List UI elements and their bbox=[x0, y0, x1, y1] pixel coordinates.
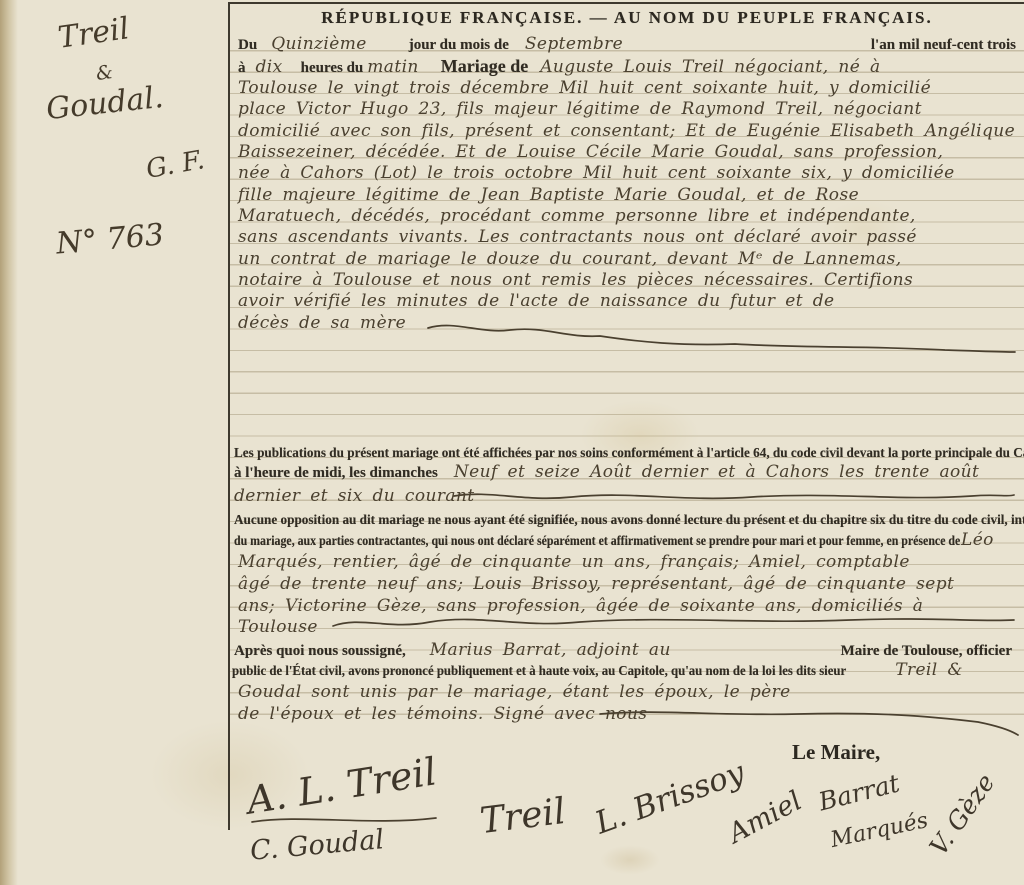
du-label: Du bbox=[238, 37, 257, 54]
publications-printed-line: à l'heure de midi, les dimanches bbox=[234, 465, 438, 482]
margin-bride-name: Goudal. bbox=[44, 80, 165, 127]
page-binding-edge bbox=[0, 0, 18, 885]
mayor-label: Le Maire, bbox=[792, 740, 880, 765]
margin-ampersand: & bbox=[95, 61, 115, 85]
closing-officiant-handwritten: Marius Barrat, adjoint au bbox=[430, 640, 671, 660]
closing-printed: Après quoi nous soussigné, bbox=[234, 643, 406, 660]
hour-handwritten: dix bbox=[256, 57, 283, 77]
month-label: jour du mois de bbox=[409, 37, 509, 54]
ink-flourish bbox=[330, 612, 1018, 634]
daypart-handwritten: matin bbox=[367, 57, 418, 77]
opposition-handwritten-line: âgé de trente neuf ans; Louis Brissoy, r… bbox=[238, 574, 1016, 594]
signature-officiant-barrat: Barrat bbox=[816, 768, 903, 816]
opposition-handwritten: Léo bbox=[961, 530, 994, 550]
mariage-de-label: Mariage de bbox=[441, 56, 528, 77]
closing-printed: public de l'État civil, avons prononcé p… bbox=[232, 663, 846, 679]
groom-intro-handwritten: Auguste Louis Treil négociant, né à bbox=[540, 57, 880, 77]
ink-flourish bbox=[452, 488, 1018, 504]
document-title: RÉPUBLIQUE FRANÇAISE. — AU NOM DU PEUPLE… bbox=[230, 8, 1024, 28]
act-body-line: place Victor Hugo 23, fils majeur légiti… bbox=[238, 99, 1016, 119]
margin-clerk-initials: G. F. bbox=[144, 145, 207, 185]
signature-witness-geze: V. Gèze bbox=[924, 768, 1001, 860]
closing-handwritten-line: Goudal sont unis par le mariage, étant l… bbox=[238, 682, 1016, 702]
marriage-certificate-page: Treil & Goudal. G. F. N° 763 RÉPUBLIQUE … bbox=[0, 0, 1024, 885]
act-body-line: avoir vérifié les minutes de l'acte de n… bbox=[238, 291, 1016, 311]
publications-handwritten: Neuf et seize Août dernier et à Cahors l… bbox=[454, 462, 979, 482]
signature-groom: Treil bbox=[478, 791, 568, 842]
act-body-line: sans ascendants vivants. Les contractant… bbox=[238, 227, 1016, 247]
opposition-handwritten-line: Marqués, rentier, âgé de cinquante un an… bbox=[238, 552, 1016, 572]
signature-bride: C. Goudal bbox=[249, 824, 385, 867]
margin-act-number: N° 763 bbox=[55, 217, 166, 261]
act-body-line: fille majeure légitime de Jean Baptiste … bbox=[238, 185, 1016, 205]
year-printed: l'an mil neuf-cent trois bbox=[871, 37, 1016, 54]
act-body-line: notaire à Toulouse et nous ont remis les… bbox=[238, 270, 1016, 290]
act-body-line: Toulouse le vingt trois décembre Mil hui… bbox=[238, 78, 1016, 98]
frame-left-rule bbox=[228, 2, 230, 830]
signature-flourish bbox=[250, 812, 440, 828]
frame-top-rule bbox=[228, 2, 1024, 4]
margin-groom-name: Treil bbox=[56, 11, 131, 56]
a-label: à bbox=[238, 60, 246, 77]
act-body-line: domicilié avec son fils, présent et cons… bbox=[238, 121, 1016, 141]
day-handwritten: Quinzième bbox=[271, 34, 367, 54]
act-body-line: un contrat de mariage le douze du couran… bbox=[238, 249, 1016, 269]
month-handwritten: Septembre bbox=[525, 34, 623, 54]
heures-du-label: heures du bbox=[301, 60, 364, 77]
signature-witness-marques: Marqués bbox=[828, 808, 930, 853]
opposition-printed-line: Aucune opposition au dit mariage ne nous… bbox=[234, 512, 1024, 527]
act-body-line: Maratuech, décédés, procédant comme pers… bbox=[238, 206, 1016, 226]
signature-witness-brissoy: L. Brissoy bbox=[591, 754, 750, 841]
act-body-line: Baissezeiner, décédée. Et de Louise Céci… bbox=[238, 142, 1016, 162]
ink-flourish bbox=[598, 706, 1022, 738]
closing-names-handwritten: Treil & bbox=[895, 660, 963, 680]
opposition-printed-line: du mariage, aux parties contractantes, q… bbox=[234, 533, 960, 549]
signature-witness-amiel: Amiel bbox=[723, 785, 807, 849]
closing-printed: Maire de Toulouse, officier bbox=[841, 643, 1012, 660]
ink-flourish bbox=[425, 318, 1020, 358]
publications-printed-line: Les publications du présent mariage ont … bbox=[234, 445, 1024, 460]
act-body-line: née à Cahors (Lot) le trois octobre Mil … bbox=[238, 163, 1016, 183]
paper-stain bbox=[600, 845, 660, 875]
